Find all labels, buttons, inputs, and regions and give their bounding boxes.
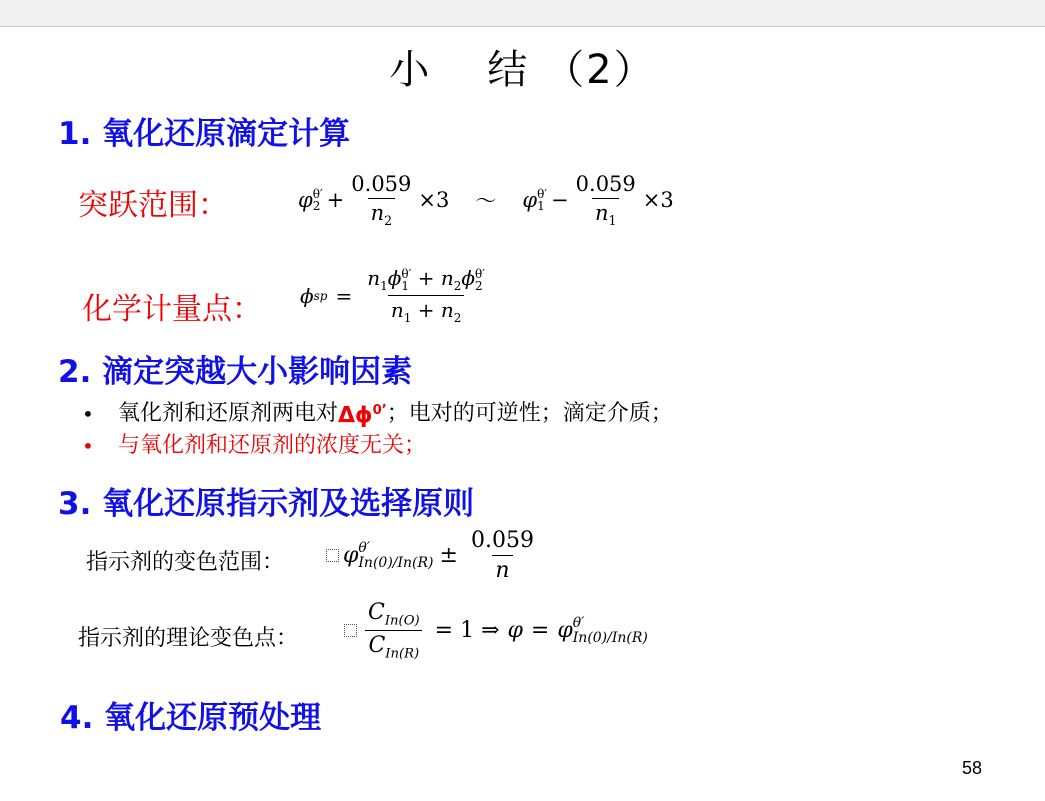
denominator: n1	[592, 198, 620, 228]
sub: In(0)/In(R)	[573, 631, 648, 646]
bullet-text: 氧化剂和还原剂两电对	[118, 398, 338, 430]
fraction: 0.059 n1	[573, 172, 639, 228]
denominator: n2	[368, 198, 396, 228]
equals-sign: =	[335, 284, 352, 308]
den-sub: 2	[384, 213, 392, 228]
jump-range-label: 突跃范围：	[78, 180, 228, 224]
minus-operator: −	[551, 188, 569, 212]
den-sub: 1	[608, 213, 616, 228]
fraction: 0.059 n2	[348, 172, 414, 228]
section-1-heading: 1. 氧化还原滴定计算	[58, 108, 350, 153]
top-toolbar-strip	[0, 0, 1045, 27]
indicator-point-row: 指示剂的理论变色点：	[78, 621, 298, 652]
section-2-heading: 2. 滴定突越大小影响因素	[58, 346, 412, 391]
indicator-range-label: 指示剂的变色范围：	[86, 550, 284, 575]
denominator: CIn(R)	[365, 630, 422, 661]
sub: In(R)	[385, 647, 419, 662]
phi-symbol: φ	[298, 188, 313, 212]
title-char-1: 小	[389, 47, 431, 93]
n2: n	[441, 298, 454, 322]
title-char-2: 结	[487, 47, 529, 93]
jump-range-formula: φθ′2 + 0.059 n2 ×3 ～ φθ′1 − 0.059 n1 ×3	[298, 172, 674, 228]
equals-implies: = 1 ⇒	[435, 618, 500, 643]
sub: In(0)/In(R)	[358, 556, 433, 571]
sup: θ′	[475, 268, 485, 280]
n1: n	[391, 298, 404, 322]
indicator-range-formula: φθ′In(0)/In(R) ± 0.059 n	[322, 528, 541, 583]
bullet-item: • 与氧化剂和还原剂的浓度无关；	[82, 430, 673, 462]
plus: +	[411, 298, 440, 322]
fraction: CIn(O) CIn(R)	[365, 600, 423, 662]
times-three: ×3	[643, 188, 674, 212]
page-number: 58	[962, 758, 982, 779]
delta-phi-symbol: Δϕ0’	[338, 395, 387, 432]
delta-text: Δϕ	[338, 404, 373, 429]
sub: 2	[475, 280, 485, 292]
bullet-text: 与氧化剂和还原剂的浓度无关；	[118, 430, 426, 462]
tilde-separator: ～	[475, 185, 496, 215]
section-3-heading: 3. 氧化还原指示剂及选择原则	[58, 478, 474, 523]
factor-bullet-list: • 氧化剂和还原剂两电对 Δϕ0’ ；电对的可逆性；滴定介质； • 与氧化剂和还…	[82, 398, 673, 462]
placeholder-box-icon	[326, 549, 339, 562]
sup: θ′	[358, 541, 433, 556]
den-var: n	[595, 201, 609, 225]
n1: n	[367, 266, 380, 290]
subscript: 2	[313, 200, 323, 212]
phi-symbol: φ	[508, 618, 523, 643]
phi-symbol: ϕ	[300, 284, 314, 308]
subscript: 1	[537, 200, 547, 212]
sub: 1	[401, 280, 411, 292]
c-symbol: C	[368, 633, 385, 658]
den-var: n	[371, 201, 385, 225]
sup: θ′	[573, 616, 648, 631]
bullet-text-suffix: ；电对的可逆性；滴定介质；	[387, 398, 673, 430]
fraction: 0.059 n	[468, 528, 537, 583]
phi2: ϕ	[461, 266, 475, 290]
plus-minus: ±	[440, 543, 458, 568]
sub: 1	[380, 279, 388, 293]
bullet-dot-icon: •	[82, 430, 118, 462]
phi-symbol: φ	[522, 188, 537, 212]
stoichiometric-point-label: 化学计量点：	[82, 284, 262, 328]
plus-operator: +	[327, 188, 345, 212]
c-symbol: C	[368, 600, 385, 625]
numerator: CIn(O)	[365, 600, 423, 630]
numerator: 0.059	[468, 528, 537, 555]
sub: In(O)	[385, 613, 420, 628]
title-number: （2）	[544, 47, 655, 93]
section-4-heading: 4. 氧化还原预处理	[60, 692, 321, 737]
sp-subscript: sp	[314, 289, 328, 303]
phi-symbol: φ	[343, 543, 358, 568]
stoichiometric-point-formula: ϕsp = n1ϕθ′1 + n2ϕθ′2 n1 + n2	[300, 266, 492, 325]
sup: θ′	[401, 268, 411, 280]
indicator-point-formula: CIn(O) CIn(R) = 1 ⇒ φ = φθ′In(0)/In(R)	[340, 600, 648, 662]
sub: 2	[454, 311, 462, 325]
times-three: ×3	[418, 188, 449, 212]
denominator: n1 + n2	[388, 295, 465, 325]
numerator: n1ϕθ′1 + n2ϕθ′2	[364, 266, 488, 295]
slide-title: 小结 （2）	[0, 38, 1045, 95]
numerator: 0.059	[348, 172, 414, 198]
bullet-dot-icon: •	[82, 398, 118, 430]
delta-sup: 0’	[373, 403, 387, 418]
numerator: 0.059	[573, 172, 639, 198]
phi1: ϕ	[388, 266, 402, 290]
phi-symbol: φ	[557, 618, 572, 643]
bullet-item: • 氧化剂和还原剂两电对 Δϕ0’ ；电对的可逆性；滴定介质；	[82, 398, 673, 430]
indicator-point-label: 指示剂的理论变色点：	[78, 626, 298, 651]
plus: +	[411, 266, 440, 290]
indicator-range-row: 指示剂的变色范围：	[86, 545, 284, 576]
denominator: n	[492, 555, 512, 583]
n2: n	[441, 266, 454, 290]
fraction: n1ϕθ′1 + n2ϕθ′2 n1 + n2	[364, 266, 488, 325]
equals-sign: =	[531, 618, 549, 643]
placeholder-box-icon	[344, 624, 357, 637]
